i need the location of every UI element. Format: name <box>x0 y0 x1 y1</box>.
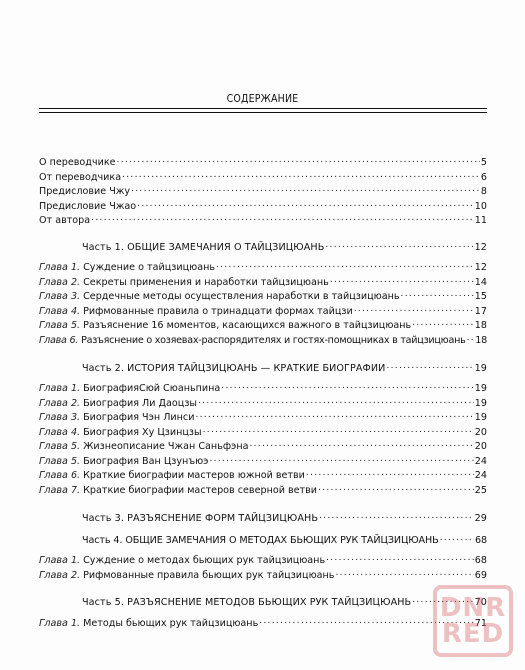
entry-label: Предисловие Чжао <box>39 200 136 213</box>
page-number: 18 <box>475 319 487 332</box>
chapter-label: Биография Ван Цзунъюэ <box>83 455 208 468</box>
title-double-rule <box>39 108 487 113</box>
chapter-label: Жизнеописание Чжан Саньфэна <box>83 440 248 453</box>
entry-label: От автора <box>39 214 90 227</box>
page-number: 5 <box>481 156 487 169</box>
chapter-prefix: Глава 1. <box>39 382 80 395</box>
dot-leader <box>306 468 474 478</box>
toc-chapter-entry[interactable]: Глава 2. Биография Ли Даоцзы 19 <box>39 396 487 409</box>
chapter-prefix: Глава 6. <box>39 469 80 482</box>
toc-entry[interactable]: Предисловие Чжу 8 <box>39 184 487 197</box>
page-number: 12 <box>475 261 487 274</box>
chapter-prefix: Глава 5. <box>39 440 80 453</box>
toc-chapter-entry[interactable]: Глава 2. Секреты применения и наработки … <box>39 275 487 288</box>
page-number: 68 <box>475 534 487 547</box>
page-number: 19 <box>475 411 487 424</box>
dot-leader <box>318 483 474 493</box>
toc-part-heading[interactable]: Часть 3. РАЗЪЯСНЕНИЕ ФОРМ ТАЙЦЗИЦЮАНЬ 29 <box>82 511 487 524</box>
chapter-label: Разъяснение 16 моментов, касающихся важн… <box>83 319 411 332</box>
chapter-label: Краткие биографии мастеров южной ветви <box>83 469 305 482</box>
page-number: 20 <box>475 440 487 453</box>
chapter-prefix: Глава 2. <box>39 569 80 582</box>
chapter-prefix: Глава 4. <box>39 305 80 318</box>
toc-part-heading[interactable]: Часть 5. РАЗЪЯСНЕНИЕ МЕТОДОВ БЬЮЩИХ РУК … <box>82 595 487 608</box>
toc-chapter-entry[interactable]: Глава 3. Биография Чэн Линси 19 <box>39 410 487 423</box>
toc-chapter-entry[interactable]: Глава 4. Рифмованные правила о тринадцат… <box>39 304 487 317</box>
entry-label: От переводчика <box>39 171 121 184</box>
toc-part-heading[interactable]: Часть 4. ОБЩИЕ ЗАМЕЧАНИЯ О МЕТОДАХ БЬЮЩИ… <box>82 533 487 546</box>
chapter-label: Сердечные методы осуществления наработки… <box>83 290 399 303</box>
part-label: Часть 5. РАЗЪЯСНЕНИЕ МЕТОДОВ БЬЮЩИХ РУК … <box>82 596 411 609</box>
dot-leader <box>401 289 474 299</box>
dot-leader <box>325 240 473 250</box>
page-number: 20 <box>475 426 487 439</box>
page-number: 29 <box>475 512 487 525</box>
chapter-label: Рифмованные правила бьющих рук тайцзицюа… <box>83 569 334 582</box>
chapter-prefix: Глава 3. <box>39 411 80 424</box>
watermark-line-2: RED <box>442 621 504 647</box>
dot-leader <box>467 333 475 343</box>
chapter-label: Биография Чэн Линси <box>83 411 194 424</box>
page-number: 68 <box>475 554 487 567</box>
dot-leader <box>249 439 473 449</box>
chapter-prefix: Глава 6. <box>39 334 78 347</box>
dot-leader <box>330 275 474 285</box>
toc-part-heading[interactable]: Часть 2. ИСТОРИЯ ТАЙЦЗИЦЮАНЬ — КРАТКИЕ Б… <box>82 361 487 374</box>
dot-leader <box>412 318 474 328</box>
dot-leader <box>386 361 473 371</box>
chapter-label: Секреты применения и наработки тайцзицюа… <box>83 276 329 289</box>
dot-leader <box>216 260 474 270</box>
dot-leader <box>221 381 473 391</box>
page-number: 19 <box>475 397 487 410</box>
toc-entry[interactable]: Предисловие Чжао 10 <box>39 199 487 212</box>
dot-leader <box>209 454 473 464</box>
page-number: 10 <box>475 200 487 213</box>
chapter-prefix: Глава 1. <box>39 261 80 274</box>
toc-chapter-entry[interactable]: Глава 7. Краткие биографии мастеров севе… <box>39 483 487 496</box>
page-number: 15 <box>475 290 487 303</box>
toc-title: СОДЕРЖАНИЕ <box>0 93 525 105</box>
page-number: 8 <box>481 185 487 198</box>
part-label: Часть 3. РАЗЪЯСНЕНИЕ ФОРМ ТАЙЦЗИЦЮАНЬ <box>82 512 318 525</box>
dot-leader <box>203 425 474 435</box>
page-number: 24 <box>475 469 487 482</box>
toc-part-heading[interactable]: Часть 1. ОБЩИЕ ЗАМЕЧАНИЯ О ТАЙЦЗИЦЮАНЬ 1… <box>82 240 487 253</box>
toc-chapter-entry[interactable]: Глава 1. БиографияСюй Сюаньпина 19 <box>39 381 487 394</box>
chapter-prefix: Глава 2. <box>39 276 80 289</box>
toc-chapter-entry[interactable]: Глава 4. Биография Ху Цзинцзы 20 <box>39 425 487 438</box>
watermark-line-1: DNR <box>440 595 506 621</box>
dot-leader <box>440 533 474 543</box>
toc-chapter-entry[interactable]: Глава 1. Методы бьющих рук тайцзицюань 7… <box>39 616 487 629</box>
dot-leader <box>354 304 474 314</box>
part-label: Часть 1. ОБЩИЕ ЗАМЕЧАНИЯ О ТАЙЦЗИЦЮАНЬ <box>82 241 324 254</box>
toc-entry[interactable]: От автора 11 <box>39 213 487 226</box>
page-number: 12 <box>475 241 487 254</box>
page-number: 19 <box>475 362 487 375</box>
chapter-prefix: Глава 1. <box>39 617 80 630</box>
dot-leader <box>335 568 473 578</box>
chapter-label: БиографияСюй Сюаньпина <box>83 382 220 395</box>
toc-chapter-entry[interactable]: Глава 5. Разъяснение 16 моментов, касающ… <box>39 318 487 331</box>
dot-leader <box>131 184 480 194</box>
dot-leader <box>122 170 480 180</box>
chapter-label: Методы бьющих рук тайцзицюань <box>83 617 258 630</box>
part-label: Часть 4. ОБЩИЕ ЗАМЕЧАНИЯ О МЕТОДАХ БЬЮЩИ… <box>82 534 439 547</box>
dot-leader <box>326 553 474 563</box>
chapter-prefix: Глава 5. <box>39 455 80 468</box>
dot-leader <box>137 199 474 209</box>
chapter-label: Краткие биографии мастеров северной ветв… <box>83 484 317 497</box>
page-number: 25 <box>475 484 487 497</box>
chapter-prefix: Глава 4. <box>39 426 80 439</box>
page-number: 6 <box>481 171 487 184</box>
page-number: 18 <box>475 334 487 347</box>
part-label: Часть 2. ИСТОРИЯ ТАЙЦЗИЦЮАНЬ — КРАТКИЕ Б… <box>82 362 385 375</box>
dot-leader <box>198 396 474 406</box>
toc-chapter-entry[interactable]: Глава 1. Суждение о тайцзицюань 12 <box>39 260 487 273</box>
chapter-prefix: Глава 1. <box>39 554 80 567</box>
dot-leader <box>91 213 474 223</box>
page-number: 69 <box>475 569 487 582</box>
entry-label: О переводчике <box>39 156 116 169</box>
chapter-prefix: Глава 5. <box>39 319 80 332</box>
chapter-label: Биография Ху Цзинцзы <box>83 426 202 439</box>
page-number: 14 <box>475 276 487 289</box>
page-number: 24 <box>475 455 487 468</box>
chapter-label: Разъяснение о хозяевах-распорядителях и … <box>81 334 465 347</box>
chapter-prefix: Глава 3. <box>39 290 80 303</box>
toc-chapter-entry[interactable]: Глава 1. Суждение о методах бьющих рук т… <box>39 553 487 566</box>
chapter-label: Биография Ли Даоцзы <box>83 397 197 410</box>
chapter-prefix: Глава 2. <box>39 397 80 410</box>
toc-chapter-entry[interactable]: Глава 2. Рифмованные правила бьющих рук … <box>39 568 487 581</box>
page-number: 19 <box>475 382 487 395</box>
dot-leader <box>319 511 474 521</box>
dot-leader <box>117 155 480 165</box>
toc-chapter-entry[interactable]: Глава 6. Краткие биографии мастеров южно… <box>39 468 487 481</box>
toc-chapter-entry[interactable]: Глава 5. Жизнеописание Чжан Саньфэна 20 <box>39 439 487 452</box>
chapter-label: Суждение о методах бьющих рук тайцзицюан… <box>83 554 325 567</box>
book-page: СОДЕРЖАНИЕ О переводчике 5 От переводчик… <box>0 0 525 670</box>
dot-leader <box>195 410 473 420</box>
toc-entry[interactable]: От переводчика 6 <box>39 170 487 183</box>
toc-entry[interactable]: О переводчике 5 <box>39 155 487 168</box>
dnr-red-watermark-logo: DNR RED <box>433 585 513 657</box>
page-number: 17 <box>475 305 487 318</box>
page-number: 11 <box>475 214 487 227</box>
chapter-label: Рифмованные правила о тринадцати формах … <box>83 305 353 318</box>
toc-chapter-entry[interactable]: Глава 3. Сердечные методы осуществления … <box>39 289 487 302</box>
entry-label: Предисловие Чжу <box>39 185 130 198</box>
toc-chapter-entry[interactable]: Глава 6. Разъяснение о хозяевах-распоряд… <box>39 333 487 346</box>
chapter-label: Суждение о тайцзицюань <box>83 261 215 274</box>
chapter-prefix: Глава 7. <box>39 484 80 497</box>
toc-chapter-entry[interactable]: Глава 5. Биография Ван Цзунъюэ 24 <box>39 454 487 467</box>
